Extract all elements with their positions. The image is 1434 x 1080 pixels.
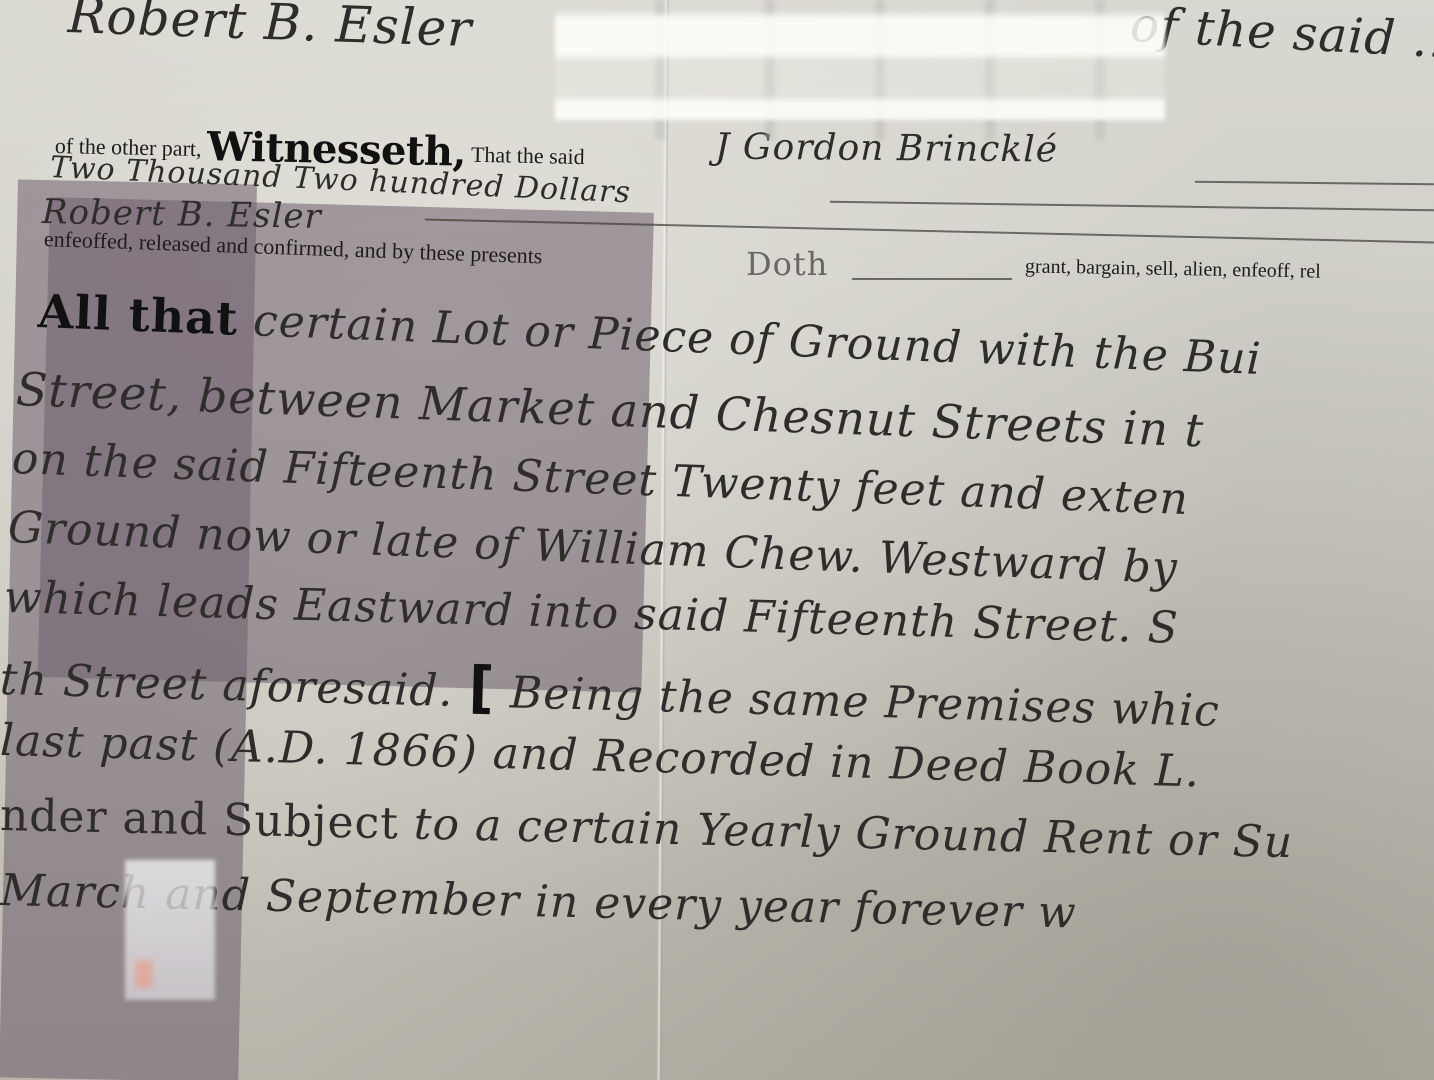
bracket-mark: [ [468, 655, 496, 721]
window-reflection [555, 10, 1165, 120]
printed-that: That the said [471, 142, 585, 169]
all-that-lead: All that [37, 284, 239, 346]
blank-rule [852, 278, 1012, 280]
body-line-8-start: nder and Subject [0, 790, 399, 849]
reflection-tint [135, 960, 153, 988]
verb-doth: Doth [746, 245, 828, 283]
body-line-6-start: th Street aforesaid. [0, 654, 454, 717]
glass-reflection-lower [125, 860, 215, 1000]
